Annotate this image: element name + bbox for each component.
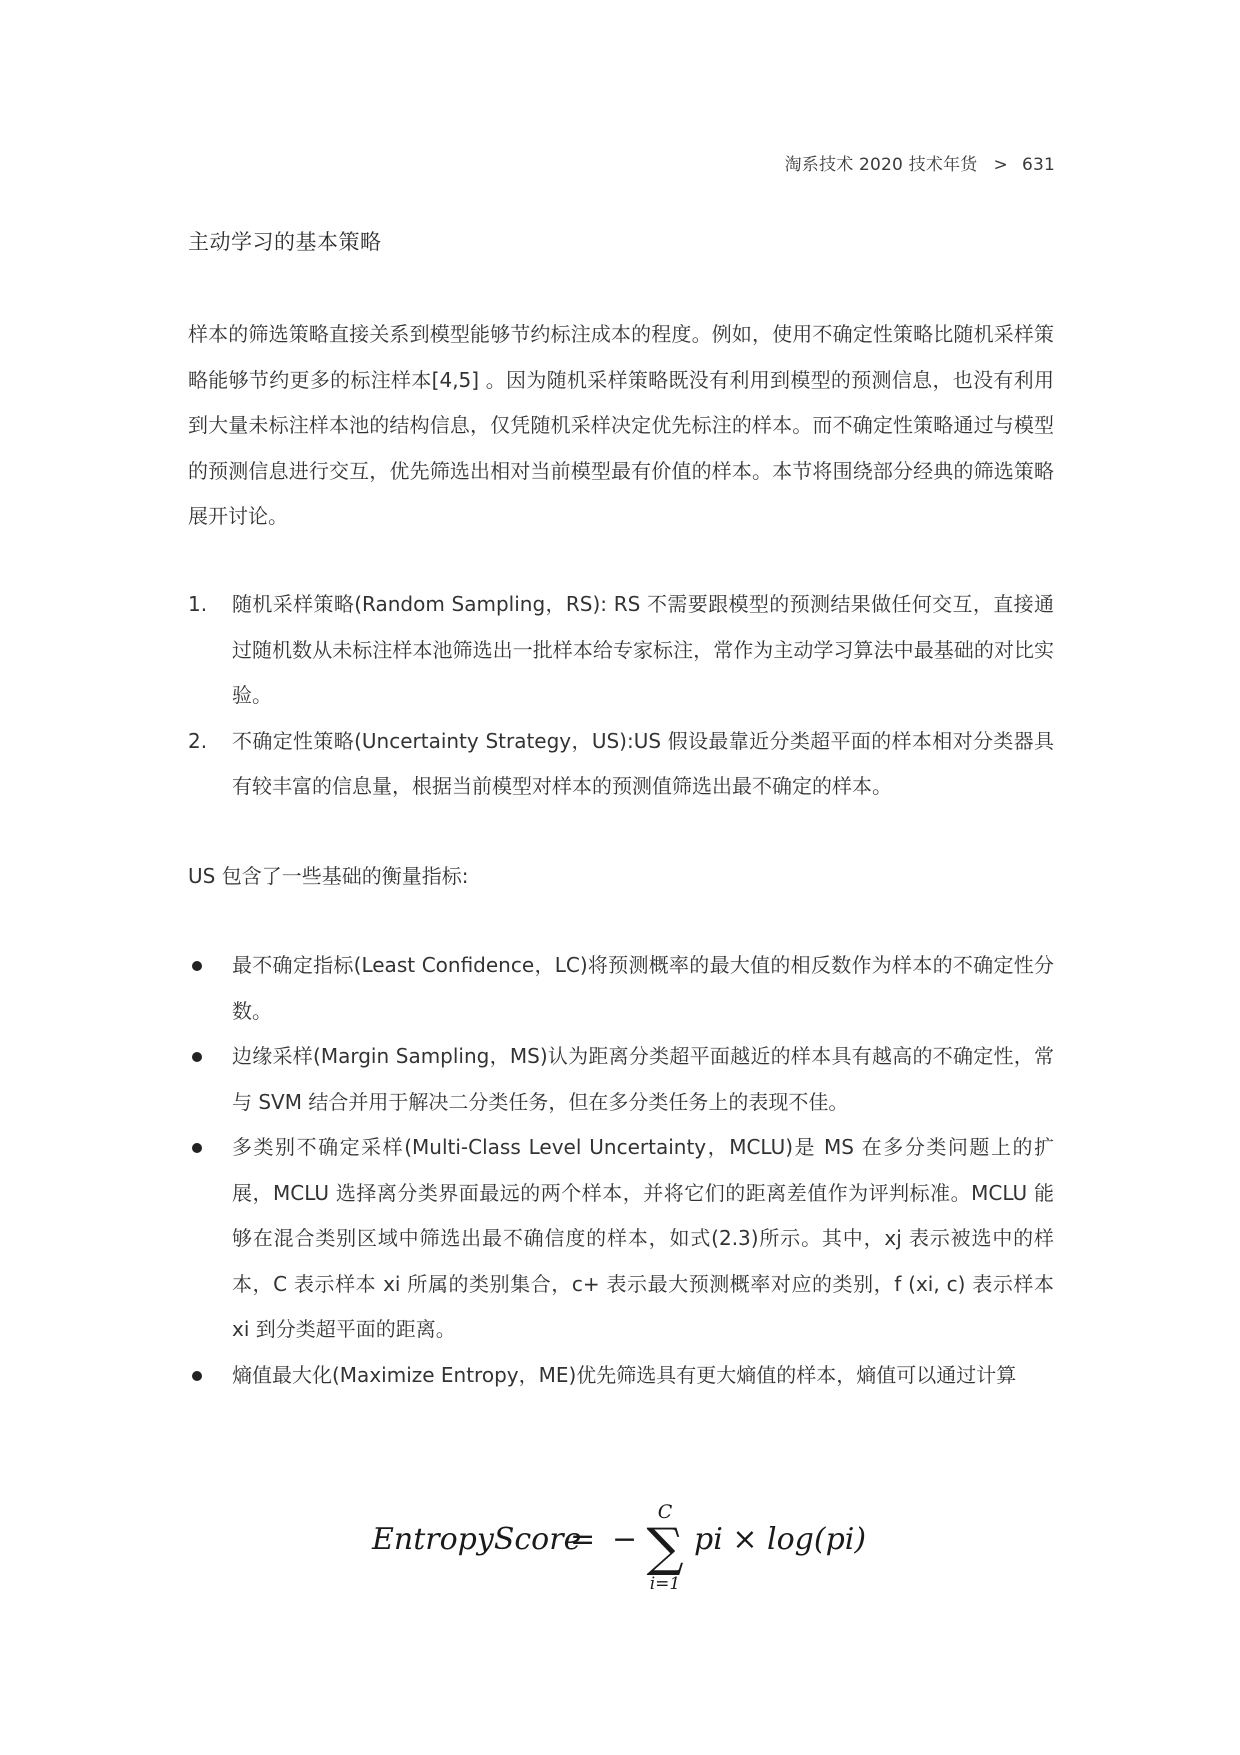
formula-lhs: EntropyScore [372,1522,581,1557]
strategy-text: 随机采样策略(Random Sampling，RS): RS 不需要跟模型的预测… [232,592,1054,707]
metric-item-mclu: 多类别不确定采样(Multi-Class Level Uncertainty，M… [188,1125,1054,1353]
publication-title: 淘系技术 2020 技术年货 [785,155,978,175]
bullet-icon [192,1143,202,1153]
sigma-icon: ∑ [640,1522,690,1574]
summation: C ∑ i=1 [640,1502,690,1594]
metric-text: 多类别不确定采样(Multi-Class Level Uncertainty，M… [232,1135,1054,1341]
list-number: 1. [188,582,207,628]
header-separator: > [993,155,1007,175]
page-number: 631 [1022,155,1055,175]
metric-text: 边缘采样(Margin Sampling，MS)认为距离分类超平面越近的样本具有… [232,1044,1054,1114]
entropy-formula: EntropyScore = − C ∑ i=1 pi × log(pi) [372,1488,872,1598]
us-intro-text: US 包含了一些基础的衡量指标: [188,854,1054,900]
metric-text: 最不确定指标(Least Confidence，LC)将预测概率的最大值的相反数… [232,953,1054,1023]
metric-list: 最不确定指标(Least Confidence，LC)将预测概率的最大值的相反数… [188,943,1054,1398]
formula-rhs: pi × log(pi) [694,1522,866,1557]
section-title: 主动学习的基本策略 [188,226,382,256]
bullet-icon [192,1052,202,1062]
strategy-list: 1. 随机采样策略(Random Sampling，RS): RS 不需要跟模型… [188,582,1054,810]
strategy-item-uncertainty: 2. 不确定性策略(Uncertainty Strategy，US):US 假设… [188,719,1054,810]
metric-item-least-confidence: 最不确定指标(Least Confidence，LC)将预测概率的最大值的相反数… [188,943,1054,1034]
metric-item-max-entropy: 熵值最大化(Maximize Entropy，ME)优先筛选具有更大熵值的样本，… [188,1353,1054,1399]
formula-equals: = [570,1522,595,1557]
strategy-text: 不确定性策略(Uncertainty Strategy，US):US 假设最靠近… [232,729,1054,799]
bullet-icon [192,1371,202,1381]
list-number: 2. [188,719,207,765]
running-header: 淘系技术 2020 技术年货>631 [785,150,1055,175]
formula-minus: − [612,1522,637,1557]
bullet-icon [192,961,202,971]
intro-paragraph: 样本的筛选策略直接关系到模型能够节约标注成本的程度。例如，使用不确定性策略比随机… [188,312,1054,540]
strategy-item-random-sampling: 1. 随机采样策略(Random Sampling，RS): RS 不需要跟模型… [188,582,1054,719]
metric-text: 熵值最大化(Maximize Entropy，ME)优先筛选具有更大熵值的样本，… [232,1363,1016,1387]
metric-item-margin-sampling: 边缘采样(Margin Sampling，MS)认为距离分类超平面越近的样本具有… [188,1034,1054,1125]
